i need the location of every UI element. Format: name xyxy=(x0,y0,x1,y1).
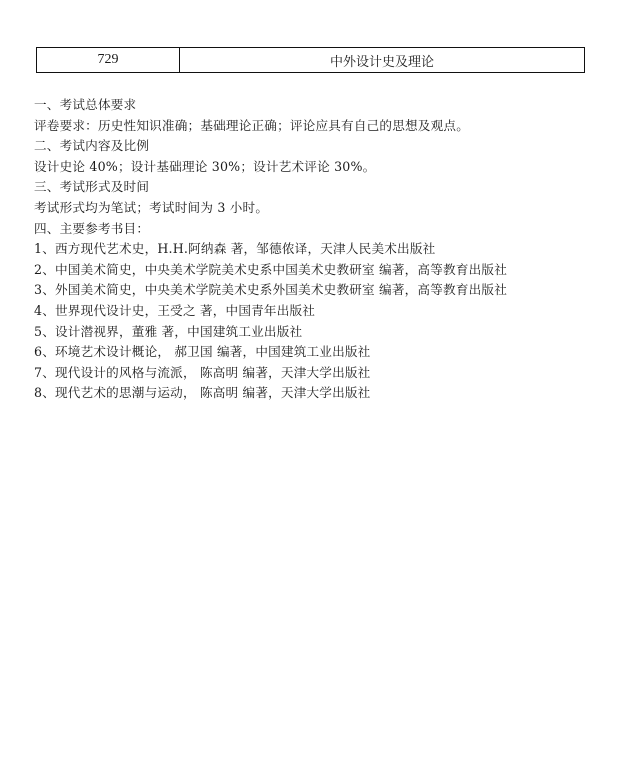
grading-requirements-text: 评卷要求：历史性知识准确；基础理论正确；评论应具有自己的思想及观点。 xyxy=(34,116,594,137)
reference-item: 8、现代艺术的思潮与运动， 陈高明 编著，天津大学出版社 xyxy=(34,383,594,404)
reference-item: 5、设计潜视界，董雅 著，中国建筑工业出版社 xyxy=(34,322,594,343)
reference-item: 4、世界现代设计史，王受之 著，中国青年出版社 xyxy=(34,301,594,322)
exam-subject-table: 729 中外设计史及理论 xyxy=(36,47,585,73)
section-heading-general-requirements: 一、考试总体要求 xyxy=(34,95,594,116)
subject-code: 729 xyxy=(37,48,180,72)
exam-requirements-document: 一、考试总体要求 评卷要求：历史性知识准确；基础理论正确；评论应具有自己的思想及… xyxy=(34,95,594,404)
section-heading-references: 四、主要参考书目： xyxy=(34,219,594,240)
reference-item: 6、环境艺术设计概论， 郝卫国 编著，中国建筑工业出版社 xyxy=(34,342,594,363)
section-heading-format-time: 三、考试形式及时间 xyxy=(34,177,594,198)
reference-item: 2、中国美术简史，中央美术学院美术史系中国美术史教研室 编著，高等教育出版社 xyxy=(34,260,594,281)
format-time-text: 考试形式均为笔试；考试时间为 3 小时。 xyxy=(34,198,594,219)
reference-item: 7、现代设计的风格与流派， 陈高明 编著，天津大学出版社 xyxy=(34,363,594,384)
reference-item: 3、外国美术简史，中央美术学院美术史系外国美术史教研室 编著，高等教育出版社 xyxy=(34,280,594,301)
subject-title: 中外设计史及理论 xyxy=(180,48,584,72)
reference-item: 1、西方现代艺术史，H.H.阿纳森 著，邹德侬译，天津人民美术出版社 xyxy=(34,239,594,260)
section-heading-content-ratio: 二、考试内容及比例 xyxy=(34,136,594,157)
content-ratio-text: 设计史论 40%；设计基础理论 30%；设计艺术评论 30%。 xyxy=(34,157,594,178)
